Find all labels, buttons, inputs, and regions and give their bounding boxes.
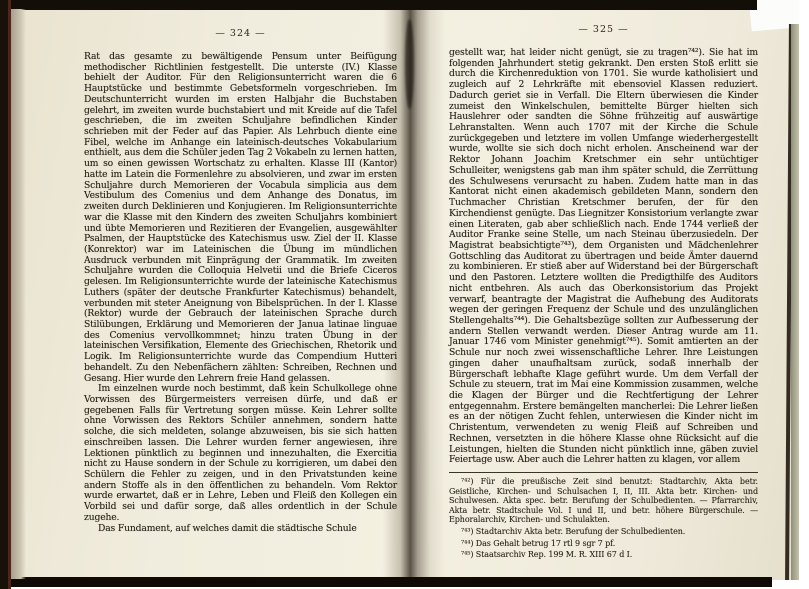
footnote: ⁷⁴²) Für die preußische Zeit sind benutz… bbox=[449, 477, 758, 525]
footnote: ⁷⁴⁵) Staatsarchiv Rep. 199 M. R. XIII 67… bbox=[449, 550, 758, 560]
page-fore-edge bbox=[791, 24, 799, 580]
book-cover-edge-left bbox=[11, 9, 26, 579]
scan-background-right bbox=[799, 0, 809, 589]
footnote: ⁷⁴⁴) Das Gehalt betrug 17 rtl 9 sgr 7 pf… bbox=[449, 539, 758, 549]
paragraph: Im einzelnen wurde noch bestimmt, daß ke… bbox=[84, 384, 397, 523]
page-number-right: — 325 — bbox=[449, 24, 758, 35]
paragraph: Das Fundament, auf welches damit die stä… bbox=[84, 524, 397, 535]
paragraph: gestellt war, hat leider nicht genügt, s… bbox=[449, 48, 758, 466]
page-number-left: — 324 — bbox=[84, 28, 397, 39]
footnote-separator bbox=[449, 472, 758, 473]
left-page: — 324 — Rat das gesamte zu bewältigende … bbox=[84, 28, 397, 534]
photo-frame-bottom bbox=[0, 577, 772, 587]
photo-frame-top bbox=[0, 0, 757, 10]
right-page: — 325 — gestellt war, hat leider nicht g… bbox=[449, 24, 758, 560]
scanned-book-spread: — 324 — Rat das gesamte zu bewältigende … bbox=[0, 0, 809, 589]
footnote: ⁷⁴³) Stadtarchiv Akta betr. Berufung der… bbox=[449, 527, 758, 537]
photo-frame-left bbox=[0, 0, 8, 589]
paragraph: Rat das gesamte zu bewältigende Pensum u… bbox=[84, 52, 397, 384]
